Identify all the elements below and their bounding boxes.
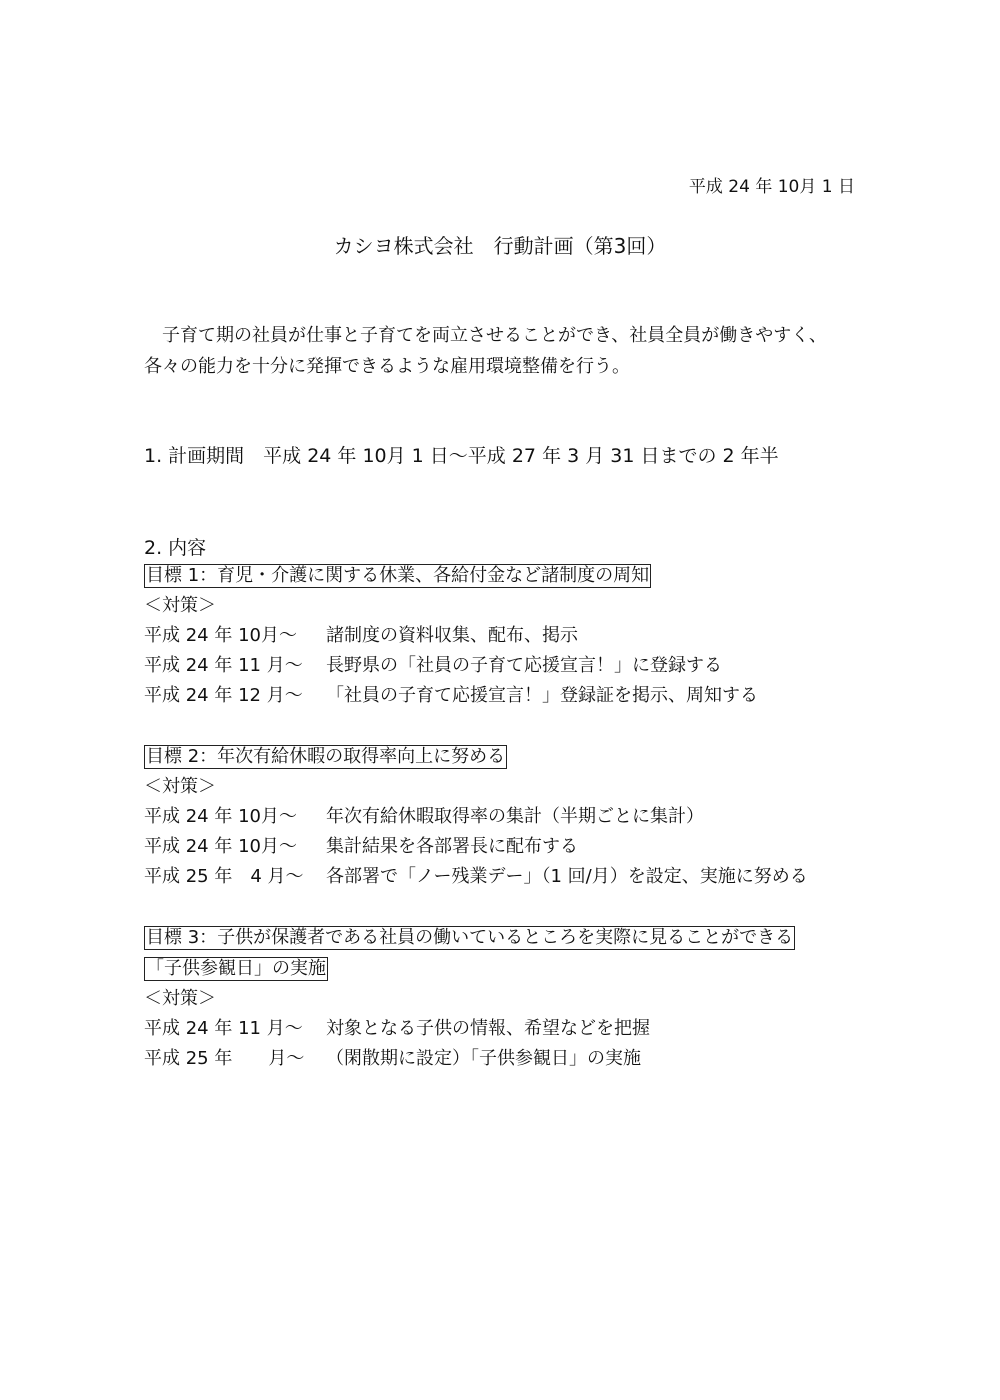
goal-1-measure-2: 平成 24 年 11 月～長野県の「社員の子育て応援宣言！」に登録する: [144, 654, 722, 678]
goal-1-measures-label: ＜対策＞: [144, 594, 216, 618]
goal-2-measure-2: 平成 24 年 10月～集計結果を各部署長に配布する: [144, 835, 578, 859]
intro-line-1: 子育て期の社員が仕事と子育てを両立させることができ、社員全員が働きやすく、: [144, 320, 827, 351]
measure-when: 平成 24 年 12 月～: [144, 684, 326, 708]
measure-what: 諸制度の資料収集、配布、掲示: [326, 625, 578, 646]
measure-when: 平成 24 年 10月～: [144, 835, 326, 859]
measure-when: 平成 24 年 10月～: [144, 805, 326, 829]
goal-2-measure-3: 平成 25 年 4 月～各部署で「ノー残業デー」（1 回/月）を設定、実施に努め…: [144, 865, 808, 889]
measure-what: 集計結果を各部署長に配布する: [326, 836, 578, 857]
goal-title-box: 目標 1：育児・介護に関する休業、各給付金など諸制度の周知: [144, 564, 651, 588]
measure-what: 対象となる子供の情報、希望などを把握: [326, 1018, 650, 1039]
goal-2-measure-1: 平成 24 年 10月～年次有給休暇取得率の集計（半期ごとに集計）: [144, 805, 704, 829]
measure-when: 平成 24 年 10月～: [144, 624, 326, 648]
intro-paragraph: 子育て期の社員が仕事と子育てを両立させることができ、社員全員が働きやすく、 各々…: [144, 320, 827, 382]
goal-1-measure-1: 平成 24 年 10月～諸制度の資料収集、配布、掲示: [144, 624, 578, 648]
goal-3-title: 目標 3：子供が保護者である社員の働いているところを実際に見ることができる: [144, 926, 795, 950]
goal-3-measure-1: 平成 24 年 11 月～対象となる子供の情報、希望などを把握: [144, 1017, 650, 1041]
goal-title-box: 「子供参観日」の実施: [144, 957, 328, 981]
measure-what: 各部署で「ノー残業デー」（1 回/月）を設定、実施に努める: [326, 866, 808, 887]
goal-3-measure-2: 平成 25 年 月～（閑散期に設定）「子供参観日」の実施: [144, 1047, 641, 1071]
document-title: カシヨ株式会社 行動計画（第3回）: [0, 230, 1000, 259]
goal-2-title: 目標 2：年次有給休暇の取得率向上に努める: [144, 745, 507, 769]
measure-when: 平成 24 年 11 月～: [144, 654, 326, 678]
measure-when: 平成 25 年 月～: [144, 1047, 326, 1071]
measure-what: 「社員の子育て応援宣言！」登録証を掲示、周知する: [326, 685, 758, 706]
document-date: 平成 24 年 10月 1 日: [689, 172, 855, 197]
measure-what: 長野県の「社員の子育て応援宣言！」に登録する: [326, 655, 722, 676]
goal-1-measure-3: 平成 24 年 12 月～「社員の子育て応援宣言！」登録証を掲示、周知する: [144, 684, 758, 708]
intro-line-2: 各々の能力を十分に発揮できるような雇用環境整備を行う。: [144, 351, 827, 382]
plan-period: 1. 計画期間 平成 24 年 10月 1 日～平成 27 年 3 月 31 日…: [144, 441, 779, 468]
goal-3-title-cont: 「子供参観日」の実施: [144, 957, 328, 981]
measure-what: 年次有給休暇取得率の集計（半期ごとに集計）: [326, 806, 704, 827]
goal-3-measures-label: ＜対策＞: [144, 987, 216, 1011]
measure-what: （閑散期に設定）「子供参観日」の実施: [326, 1048, 641, 1069]
goal-2-measures-label: ＜対策＞: [144, 775, 216, 799]
measure-when: 平成 25 年 4 月～: [144, 865, 326, 889]
goal-title-box: 目標 2：年次有給休暇の取得率向上に努める: [144, 745, 507, 769]
goal-1-title: 目標 1：育児・介護に関する休業、各給付金など諸制度の周知: [144, 564, 651, 588]
section-contents-heading: 2. 内容: [144, 533, 206, 560]
measure-when: 平成 24 年 11 月～: [144, 1017, 326, 1041]
goal-title-box: 目標 3：子供が保護者である社員の働いているところを実際に見ることができる: [144, 926, 795, 950]
